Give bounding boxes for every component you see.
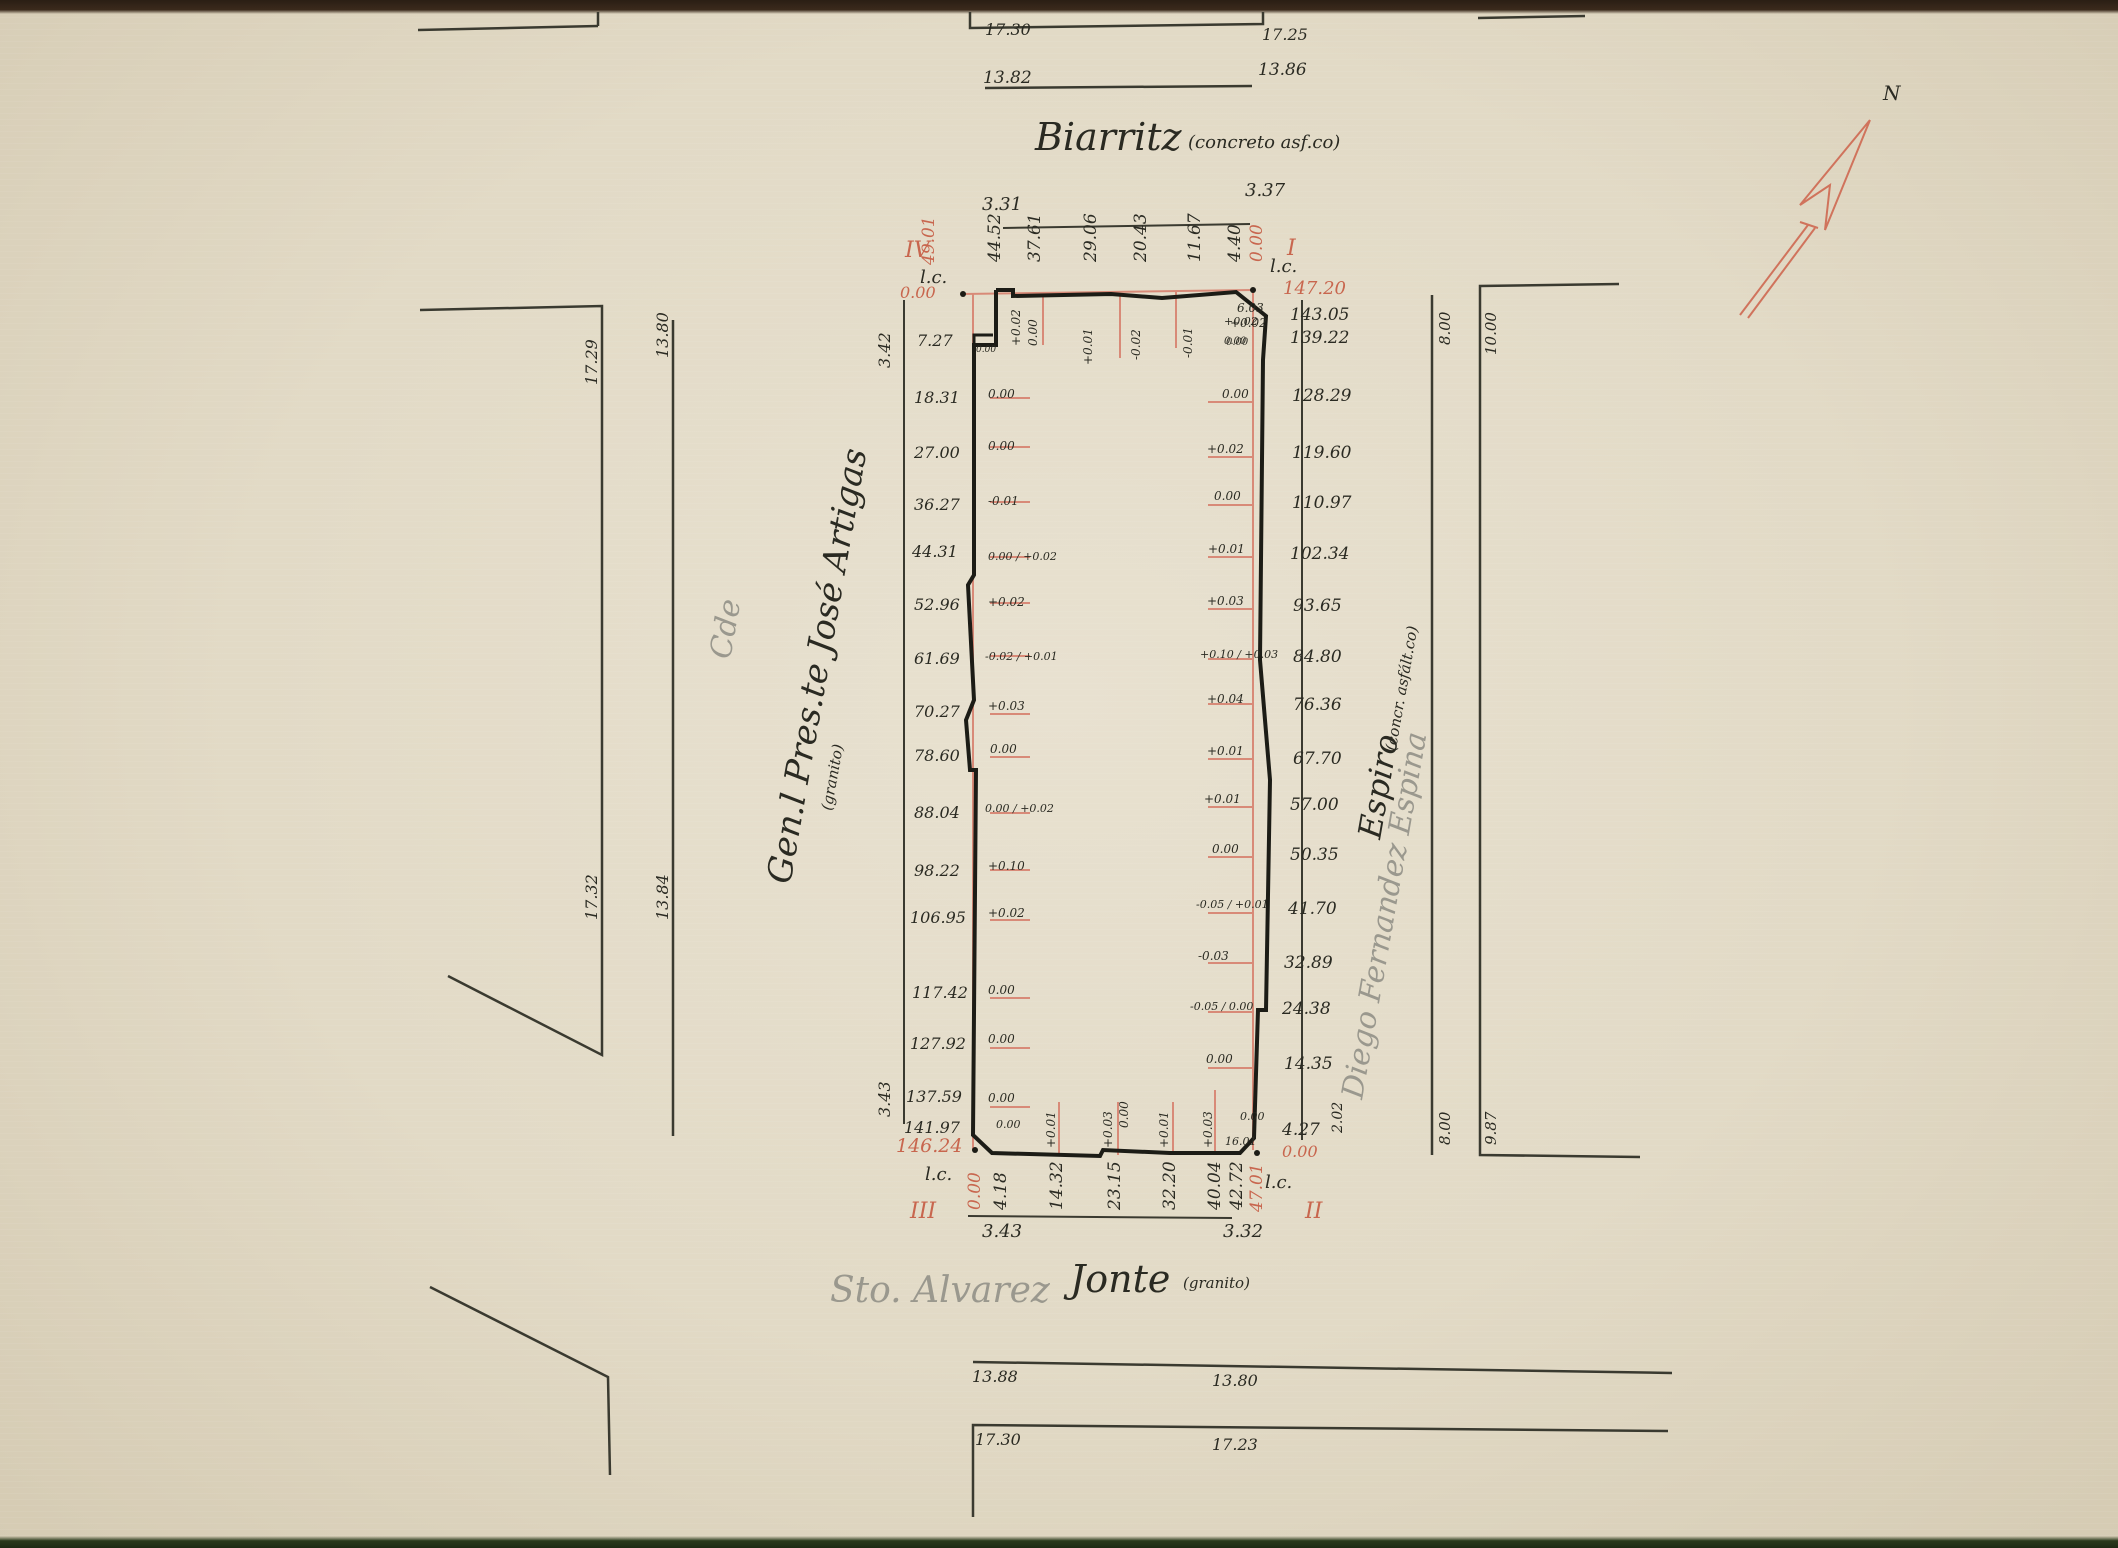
bottom-measure-line xyxy=(968,1216,1232,1218)
street-bottom-name: Jonte xyxy=(1063,1257,1170,1301)
svg-text:-0.02 / +0.01: -0.02 / +0.01 xyxy=(985,650,1058,663)
svg-text:67.70: 67.70 xyxy=(1293,749,1342,769)
svg-text:0.00: 0.00 xyxy=(1247,224,1267,262)
svg-text:4.40: 4.40 xyxy=(1225,224,1245,263)
svg-text:+0.01: +0.01 xyxy=(1081,328,1095,365)
svg-text:0.00: 0.00 xyxy=(988,1091,1015,1105)
svg-text:13.86: 13.86 xyxy=(1258,60,1307,80)
svg-text:+0.02: +0.02 xyxy=(1207,442,1244,456)
svg-text:2.02: 2.02 xyxy=(1330,1102,1346,1134)
svg-text:l.c.: l.c. xyxy=(925,1164,952,1185)
svg-text:17.25: 17.25 xyxy=(1262,25,1308,44)
svg-text:42.72: 42.72 xyxy=(1227,1161,1247,1211)
svg-text:-0.05 / +0.01: -0.05 / +0.01 xyxy=(1196,898,1269,911)
svg-text:6.03: 6.03 xyxy=(1237,301,1264,315)
svg-text:+0.03: +0.03 xyxy=(1201,1111,1215,1148)
svg-text:50.35: 50.35 xyxy=(1290,845,1339,865)
svg-text:127.92: 127.92 xyxy=(910,1034,966,1053)
svg-text:+0.01: +0.01 xyxy=(1208,542,1245,556)
svg-text:0.00: 0.00 xyxy=(976,345,996,355)
svg-text:13.84: 13.84 xyxy=(653,874,672,920)
survey-sheet: N Biarritz (concreto asf.co) 17.30 17.25… xyxy=(0,0,2118,1548)
svg-text:+0.01: +0.01 xyxy=(1204,792,1241,806)
svg-text:+0.03: +0.03 xyxy=(988,699,1025,713)
svg-text:+0.10 / +0.03: +0.10 / +0.03 xyxy=(1200,648,1278,661)
svg-text:20.43: 20.43 xyxy=(1131,213,1151,263)
corner-III: III xyxy=(909,1199,937,1224)
pencil-note-left: Cde xyxy=(703,596,748,661)
svg-text:-0.03: -0.03 xyxy=(1198,949,1229,963)
svg-text:146.24: 146.24 xyxy=(896,1135,962,1157)
svg-text:88.04: 88.04 xyxy=(914,803,960,822)
svg-text:17.32: 17.32 xyxy=(582,874,601,920)
svg-text:3.43: 3.43 xyxy=(982,1221,1022,1242)
svg-text:41.70: 41.70 xyxy=(1287,899,1337,919)
pencil-signature: Sto. Alvarez xyxy=(830,1270,1051,1311)
svg-text:44.52: 44.52 xyxy=(985,213,1005,263)
north-label: N xyxy=(1882,81,1902,105)
svg-text:98.22: 98.22 xyxy=(914,861,960,880)
svg-text:143.05: 143.05 xyxy=(1290,305,1349,325)
svg-text:11.67: 11.67 xyxy=(1185,213,1205,262)
svg-text:0.00 / +0.02: 0.00 / +0.02 xyxy=(985,802,1054,815)
svg-text:-0.05 / 0.00: -0.05 / 0.00 xyxy=(1190,1000,1253,1013)
svg-text:0.00: 0.00 xyxy=(1240,1110,1265,1123)
svg-text:84.80: 84.80 xyxy=(1293,647,1342,667)
svg-text:+0.02: +0.02 xyxy=(988,906,1025,920)
svg-text:110.97: 110.97 xyxy=(1292,493,1352,513)
svg-text:17.30: 17.30 xyxy=(985,20,1031,39)
svg-text:47.01: 47.01 xyxy=(1247,1163,1267,1213)
svg-text:17.30: 17.30 xyxy=(975,1430,1021,1449)
svg-text:+0.01: +0.01 xyxy=(1044,1111,1058,1148)
svg-text:18.31: 18.31 xyxy=(914,388,960,407)
svg-text:8.00: 8.00 xyxy=(1436,1111,1454,1145)
svg-text:44.31: 44.31 xyxy=(911,542,958,561)
lot-boundary xyxy=(966,290,1270,1156)
svg-text:+0.02: +0.02 xyxy=(988,595,1025,609)
svg-text:13.88: 13.88 xyxy=(972,1367,1018,1386)
svg-text:14.35: 14.35 xyxy=(1284,1054,1333,1074)
svg-text:3.42: 3.42 xyxy=(875,332,894,368)
street-bottom-paving: (granito) xyxy=(1183,1274,1250,1292)
svg-text:16.01: 16.01 xyxy=(1225,1135,1257,1148)
svg-text:13.80: 13.80 xyxy=(1212,1371,1258,1390)
svg-text:+0.02: +0.02 xyxy=(1009,309,1023,346)
right-offset-list: +0.02 0.00 0.00 +0.02 0.00 +0.01 +0.03 +… xyxy=(1190,315,1278,1066)
svg-text:32.89: 32.89 xyxy=(1284,953,1333,973)
svg-text:17.29: 17.29 xyxy=(582,339,601,385)
svg-text:29.06: 29.06 xyxy=(1081,213,1101,263)
svg-text:-0.01: -0.01 xyxy=(988,494,1019,508)
north-arrow-icon xyxy=(1740,120,1870,318)
svg-text:0.00: 0.00 xyxy=(990,742,1017,756)
svg-text:3.43: 3.43 xyxy=(875,1081,894,1117)
svg-text:l.c.: l.c. xyxy=(1265,1172,1292,1193)
svg-text:36.27: 36.27 xyxy=(914,495,961,514)
svg-text:0.00: 0.00 xyxy=(1026,319,1040,346)
street-top-name: Biarritz xyxy=(1034,115,1182,159)
svg-text:+0.02: +0.02 xyxy=(1224,315,1258,328)
svg-text:+0.10: +0.10 xyxy=(988,859,1025,873)
svg-text:93.65: 93.65 xyxy=(1293,596,1342,616)
svg-text:70.27: 70.27 xyxy=(914,702,961,721)
svg-text:0.00: 0.00 xyxy=(988,1032,1015,1046)
top-right-stub xyxy=(1478,16,1585,18)
svg-text:0.00: 0.00 xyxy=(1117,1101,1131,1128)
left-block-outline xyxy=(420,306,602,1055)
svg-text:0.00: 0.00 xyxy=(1282,1142,1318,1161)
svg-text:141.97: 141.97 xyxy=(904,1118,961,1137)
bottom-street-line xyxy=(973,1362,1672,1373)
svg-text:0.00: 0.00 xyxy=(1224,336,1247,347)
svg-text:7.27: 7.27 xyxy=(917,331,953,350)
plan-drawing: N Biarritz (concreto asf.co) 17.30 17.25… xyxy=(0,0,2118,1548)
svg-text:+0.01: +0.01 xyxy=(1157,1111,1171,1148)
svg-text:119.60: 119.60 xyxy=(1292,443,1352,463)
svg-text:-0.01: -0.01 xyxy=(1181,327,1195,358)
top-left-stub xyxy=(418,26,598,30)
street-left-name: Gen.l Pres.te José Artigas xyxy=(759,445,875,886)
svg-text:+0.03: +0.03 xyxy=(1207,594,1244,608)
svg-text:0.00: 0.00 xyxy=(1212,842,1239,856)
svg-text:3.32: 3.32 xyxy=(1223,1221,1263,1242)
left-bottom-block xyxy=(430,1287,610,1475)
svg-text:49.01: 49.01 xyxy=(919,216,939,266)
svg-text:0.00 / +0.02: 0.00 / +0.02 xyxy=(988,550,1057,563)
svg-text:37.61: 37.61 xyxy=(1025,213,1045,262)
svg-text:0.00: 0.00 xyxy=(988,439,1015,453)
street-left-label: Gen.l Pres.te José Artigas (granito) xyxy=(759,445,898,890)
svg-text:0.00: 0.00 xyxy=(1206,1052,1233,1066)
svg-text:24.38: 24.38 xyxy=(1281,999,1331,1019)
svg-text:+0.04: +0.04 xyxy=(1207,692,1244,706)
svg-text:9.87: 9.87 xyxy=(1482,1111,1500,1145)
svg-text:52.96: 52.96 xyxy=(914,595,960,614)
svg-text:137.59: 137.59 xyxy=(906,1087,962,1106)
svg-text:3.37: 3.37 xyxy=(1245,180,1286,201)
svg-text:102.34: 102.34 xyxy=(1290,544,1349,564)
corner-II: II xyxy=(1304,1199,1324,1224)
svg-text:27.00: 27.00 xyxy=(913,443,960,462)
svg-text:14.32: 14.32 xyxy=(1047,1161,1067,1210)
svg-text:61.69: 61.69 xyxy=(914,649,960,668)
bottom-block-outline xyxy=(973,1425,1668,1517)
svg-text:128.29: 128.29 xyxy=(1292,386,1352,406)
svg-text:17.23: 17.23 xyxy=(1212,1435,1258,1454)
svg-text:3.31: 3.31 xyxy=(982,194,1022,215)
svg-text:32.20: 32.20 xyxy=(1160,1161,1180,1210)
svg-text:13.80: 13.80 xyxy=(653,312,672,358)
svg-text:106.95: 106.95 xyxy=(910,908,966,927)
svg-text:57.00: 57.00 xyxy=(1290,795,1339,815)
svg-text:139.22: 139.22 xyxy=(1290,328,1349,348)
svg-text:13.82: 13.82 xyxy=(983,68,1032,88)
svg-text:0.00: 0.00 xyxy=(996,1118,1021,1131)
svg-text:0.00: 0.00 xyxy=(900,283,936,302)
svg-text:+0.01: +0.01 xyxy=(1207,744,1244,758)
svg-text:23.15: 23.15 xyxy=(1105,1161,1125,1211)
svg-text:+0.03: +0.03 xyxy=(1101,1111,1115,1148)
svg-text:4.27: 4.27 xyxy=(1281,1120,1320,1140)
svg-text:0.00: 0.00 xyxy=(1222,387,1249,401)
svg-text:l.c.: l.c. xyxy=(1270,256,1297,277)
left-station-list: 7.27 18.31 27.00 36.27 44.31 52.96 61.69… xyxy=(904,331,968,1137)
svg-text:4.18: 4.18 xyxy=(991,1172,1011,1211)
right-station-list: 143.05 139.22 128.29 119.60 110.97 102.3… xyxy=(1281,305,1352,1140)
svg-text:0.00: 0.00 xyxy=(988,983,1015,997)
svg-text:0.00: 0.00 xyxy=(988,387,1015,401)
svg-text:0.00: 0.00 xyxy=(965,1172,985,1210)
right-block-outline xyxy=(1480,284,1640,1157)
svg-text:10.00: 10.00 xyxy=(1482,312,1500,355)
svg-text:147.20: 147.20 xyxy=(1283,278,1346,299)
left-offset-list: 0.00 0.00 0.00 -0.01 0.00 / +0.02 +0.02 … xyxy=(976,345,1058,1105)
street-top-paving: (concreto asf.co) xyxy=(1188,132,1340,153)
svg-text:8.00: 8.00 xyxy=(1436,311,1454,345)
red-offset-ticks xyxy=(963,290,1253,1155)
svg-text:-0.02: -0.02 xyxy=(1129,329,1143,360)
svg-text:117.42: 117.42 xyxy=(912,983,968,1002)
svg-text:0.00: 0.00 xyxy=(1214,489,1241,503)
svg-text:76.36: 76.36 xyxy=(1293,695,1342,715)
svg-text:78.60: 78.60 xyxy=(914,746,960,765)
svg-text:40.04: 40.04 xyxy=(1205,1161,1225,1211)
